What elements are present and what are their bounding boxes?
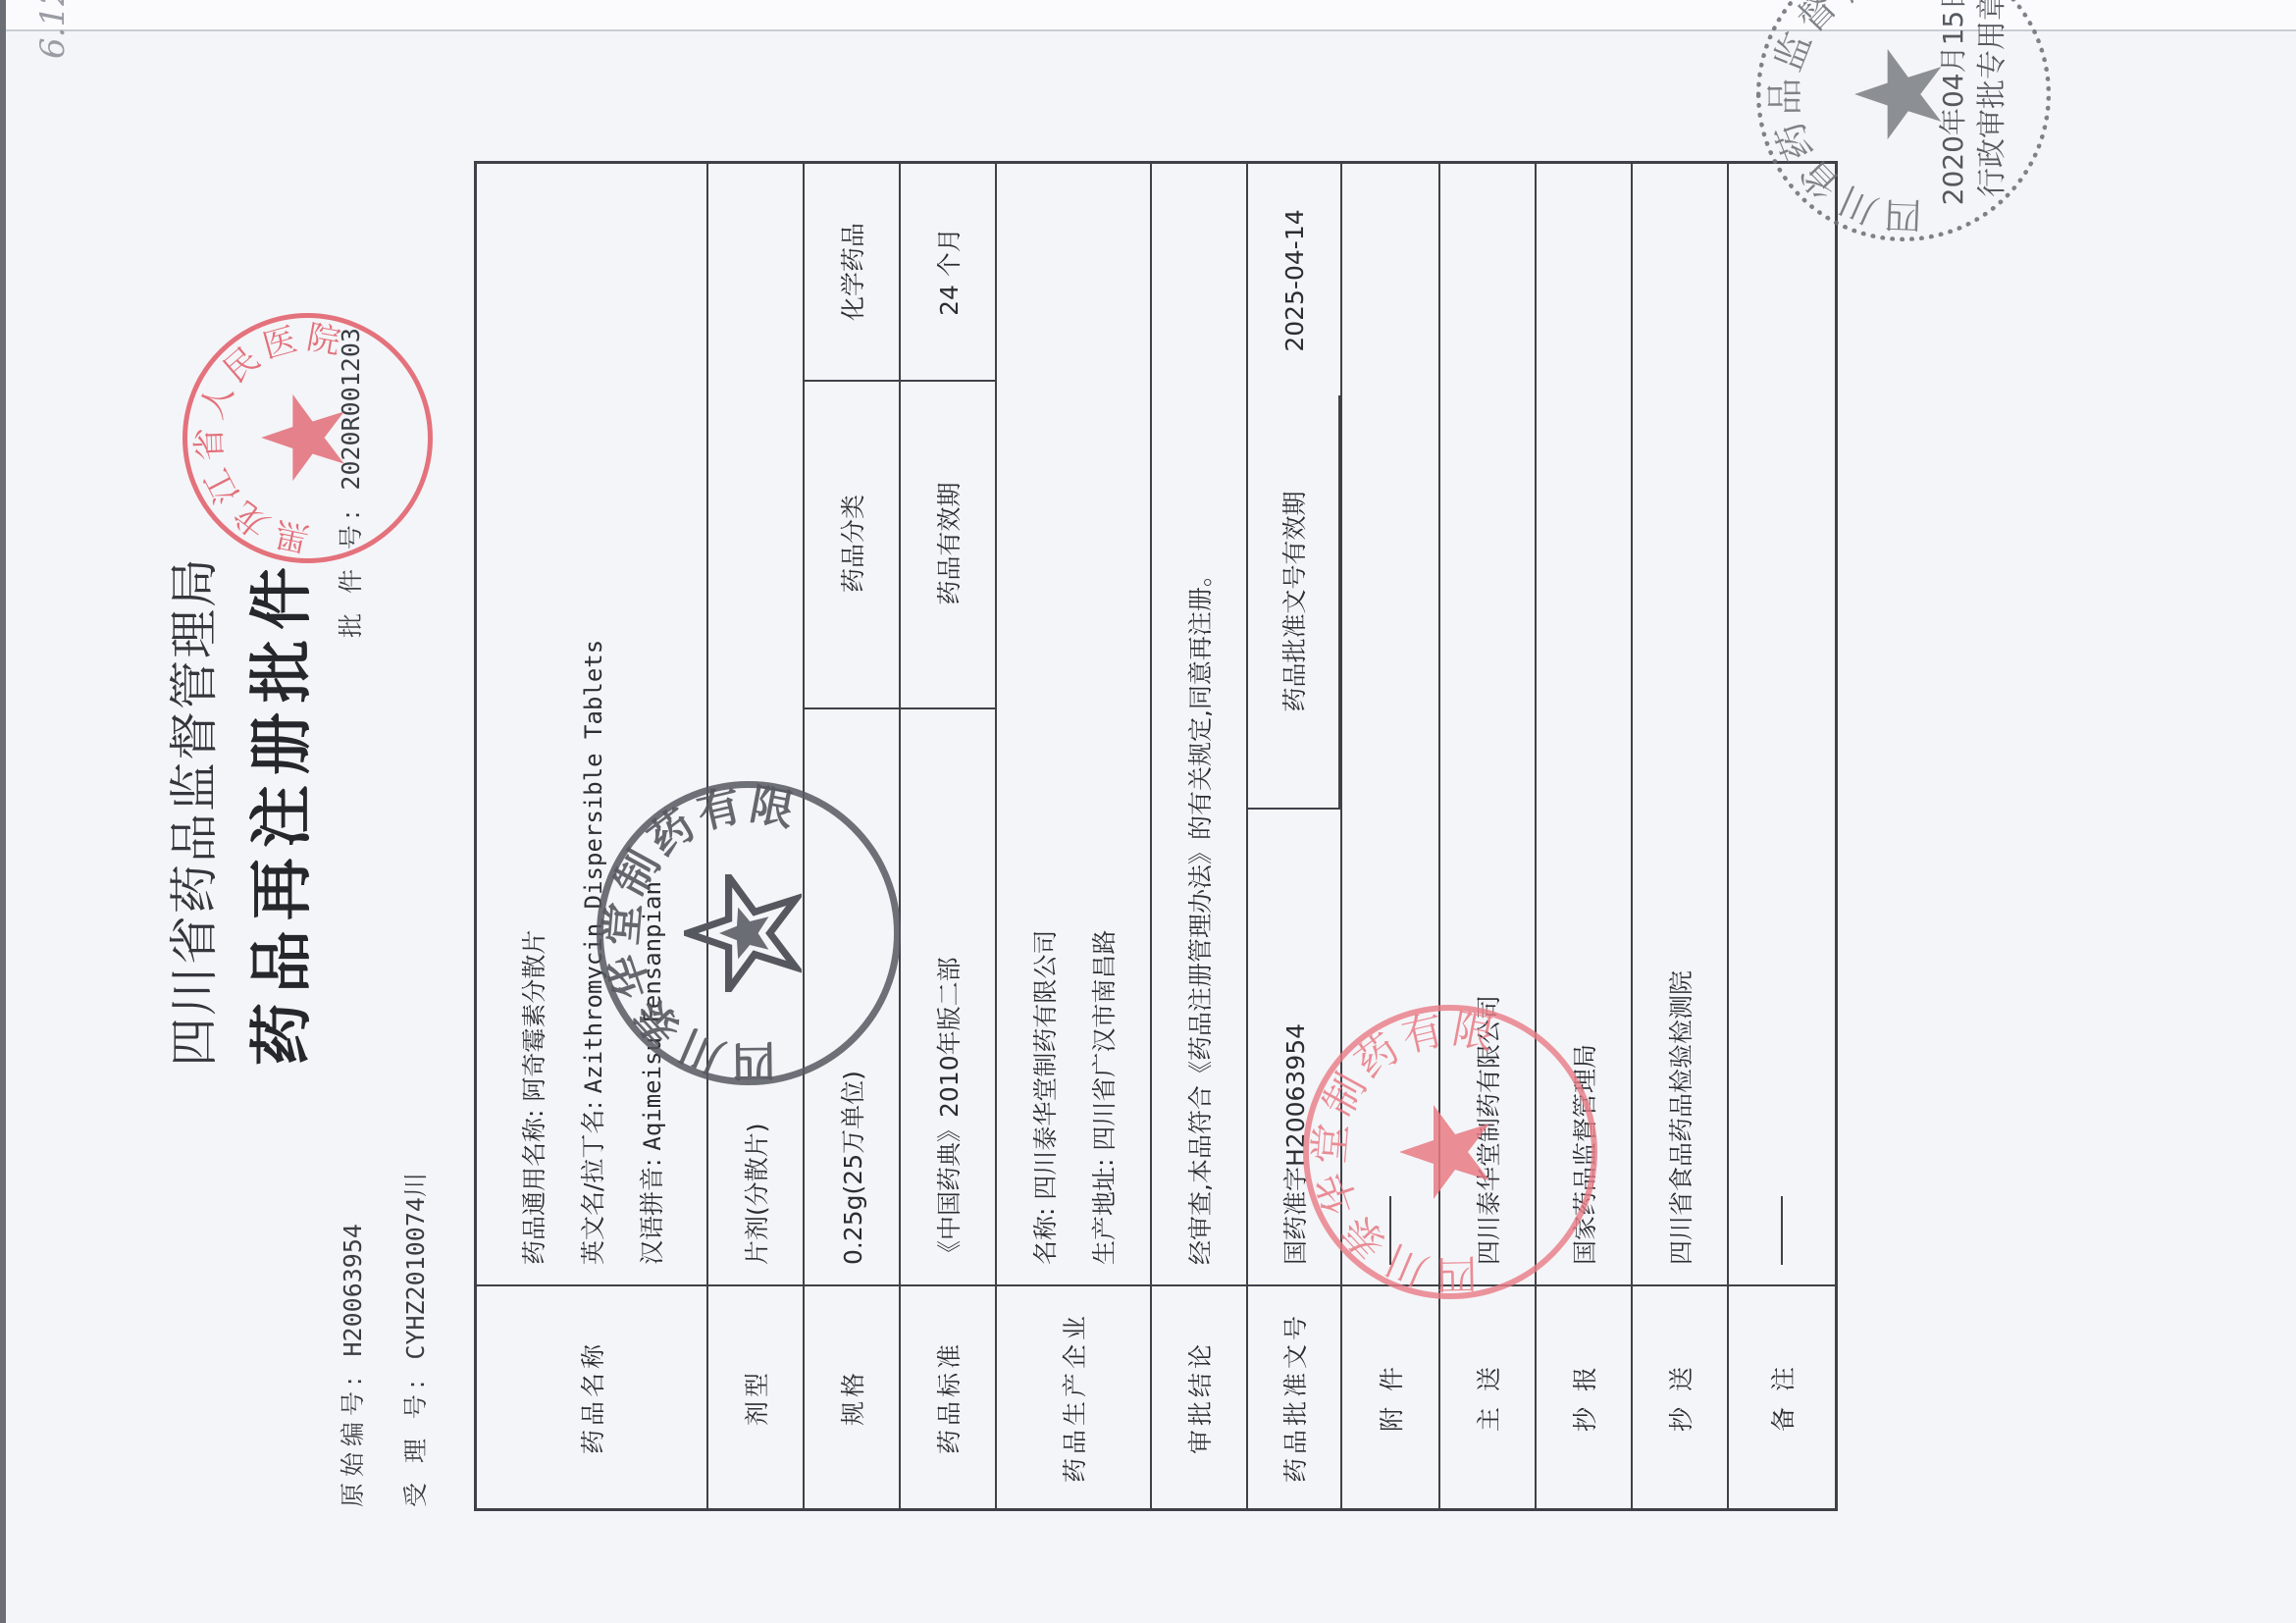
- approval-validity-label: 药品批准文号有效期: [1248, 395, 1340, 810]
- manufacturer-content: 名称: 四川泰华堂制药有限公司 生产地址: 四川省广汉市南昌路: [997, 164, 1150, 1286]
- english-name-label: 英文名/拉丁名:: [579, 1101, 607, 1265]
- acceptance-number-line: 受 理 号: CYHZ2010074川: [396, 1173, 432, 1507]
- dosage-form-value: 片剂(分散片): [708, 164, 803, 1286]
- standard-value: 《中国药典》2010年版二部: [901, 715, 995, 1286]
- specification-value: 0.25g(25万单位): [805, 715, 899, 1286]
- manufacturer-address-label: 生产地址:: [1090, 1159, 1119, 1265]
- pinyin-name-line: 汉语拼音: Aqimeisu Fensanpian: [633, 881, 668, 1265]
- original-code-value: H20063954: [339, 1224, 367, 1356]
- manufacturer-name-line: 名称: 四川泰华堂制药有限公司: [1026, 930, 1062, 1265]
- approval-document: 四川省药品监督管理局 药品再注册批件 批 件 号: 2020R001203 原始…: [0, 0, 2296, 1623]
- drug-category-label: 药品分类: [805, 380, 899, 709]
- conclusion-value: 经审查,本品符合《药品注册管理办法》的有关规定,同意再注册。: [1152, 164, 1246, 1286]
- remarks-value: [1729, 164, 1835, 1286]
- row-specification: 规格 0.25g(25万单位) 药品分类 化学药品: [805, 164, 901, 1508]
- svg-text:行政审批专用章: 行政审批专用章: [1975, 0, 2009, 197]
- drug-category-value: 化学药品: [805, 164, 899, 382]
- attachment-dash: [1389, 1196, 1391, 1265]
- row-remarks: 备 注: [1729, 164, 1835, 1508]
- manufacturer-name-value: 四川泰华堂制药有限公司: [1031, 930, 1060, 1200]
- row-dosage-form: 剂型 片剂(分散片): [708, 164, 805, 1508]
- drug-name-label: 药品名称: [477, 1284, 706, 1508]
- row-conclusion: 审批结论 经审查,本品符合《药品注册管理办法》的有关规定,同意再注册。: [1152, 164, 1248, 1508]
- main-recipient-label: 主 送: [1440, 1284, 1535, 1508]
- pinyin-name-label: 汉语拼音:: [638, 1159, 666, 1265]
- english-name-line: 英文名/拉丁名: Azithromycin Dispersible Tablet…: [574, 640, 609, 1265]
- agency-name: 四川省药品监督管理局: [155, 0, 226, 1623]
- approval-number-line: 批 件 号: 2020R001203: [332, 328, 367, 638]
- remarks-label: 备 注: [1729, 1284, 1835, 1508]
- approval-number-value: 2020R001203: [337, 328, 365, 491]
- remarks-dash: [1781, 1196, 1783, 1265]
- document-title: 药品再注册批件: [232, 0, 322, 1623]
- drug-name-content: 药品通用名称: 阿奇霉素分散片 英文名/拉丁名: Azithromycin Di…: [477, 164, 706, 1286]
- manufacturer-name-label: 名称:: [1031, 1208, 1060, 1265]
- row-copy-to: 抄 送 四川省食品药品检验检测院: [1633, 164, 1729, 1508]
- row-main-recipient: 主 送 四川泰华堂制药有限公司: [1440, 164, 1537, 1508]
- copy-to-value: 四川省食品药品检验检测院: [1633, 164, 1727, 1286]
- generic-name-value: 阿奇霉素分散片: [520, 930, 548, 1102]
- main-recipient-value: 四川泰华堂制药有限公司: [1440, 164, 1535, 1286]
- row-approval-number: 药品批准文号 国药准字H20063954 药品批准文号有效期 2025-04-1…: [1248, 164, 1342, 1508]
- attachment-value: [1342, 164, 1438, 1286]
- shelf-life-value: 24 个月: [901, 164, 995, 382]
- generic-name-line: 药品通用名称: 阿奇霉素分散片: [515, 930, 550, 1265]
- conclusion-label: 审批结论: [1152, 1284, 1246, 1508]
- acceptance-number-value: CYHZ2010074川: [401, 1173, 430, 1360]
- star-icon: [1852, 47, 1946, 141]
- pinyin-name-value: Aqimeisu Fensanpian: [639, 881, 666, 1151]
- approval-validity-value: 2025-04-14: [1248, 164, 1340, 397]
- row-attachment: 附 件: [1342, 164, 1440, 1508]
- approval-table: 药品名称 药品通用名称: 阿奇霉素分散片 英文名/拉丁名: Azithromyc…: [474, 161, 1838, 1511]
- generic-name-label: 药品通用名称:: [520, 1110, 548, 1265]
- report-to-label: 抄 报: [1537, 1284, 1631, 1508]
- row-manufacturer: 药品生产企业 名称: 四川泰华堂制药有限公司 生产地址: 四川省广汉市南昌路: [997, 164, 1152, 1508]
- approval-number-label: 批 件 号:: [337, 505, 365, 638]
- row-standard: 药品标准 《中国药典》2010年版二部 药品有效期 24 个月: [901, 164, 997, 1508]
- row-report-to: 抄 报 国家药品监督管理局: [1537, 164, 1633, 1508]
- english-name-value: Azithromycin Dispersible Tablets: [580, 640, 607, 1093]
- original-code-label: 原始编号:: [339, 1372, 367, 1507]
- standard-label: 药品标准: [901, 1284, 995, 1508]
- manufacturer-address-line: 生产地址: 四川省广汉市南昌路: [1085, 930, 1121, 1265]
- original-code-line: 原始编号: H20063954: [334, 1224, 369, 1507]
- copy-to-label: 抄 送: [1633, 1284, 1727, 1508]
- row-drug-name: 药品名称 药品通用名称: 阿奇霉素分散片 英文名/拉丁名: Azithromyc…: [477, 164, 708, 1508]
- acceptance-number-label: 受 理 号:: [401, 1375, 430, 1507]
- dosage-form-label: 剂型: [708, 1284, 803, 1508]
- manufacturer-label: 药品生产企业: [997, 1284, 1150, 1508]
- report-to-value: 国家药品监督管理局: [1537, 164, 1631, 1286]
- attachment-label: 附 件: [1342, 1284, 1438, 1508]
- manufacturer-address-value: 四川省广汉市南昌路: [1090, 930, 1119, 1151]
- approval-number-cell: 国药准字H20063954: [1248, 815, 1340, 1286]
- svg-text:2020年04月15日: 2020年04月15日: [1937, 0, 1969, 205]
- specification-label: 规格: [805, 1284, 899, 1508]
- shelf-life-label: 药品有效期: [901, 380, 995, 709]
- approval-number-label-cell: 药品批准文号: [1248, 1284, 1340, 1508]
